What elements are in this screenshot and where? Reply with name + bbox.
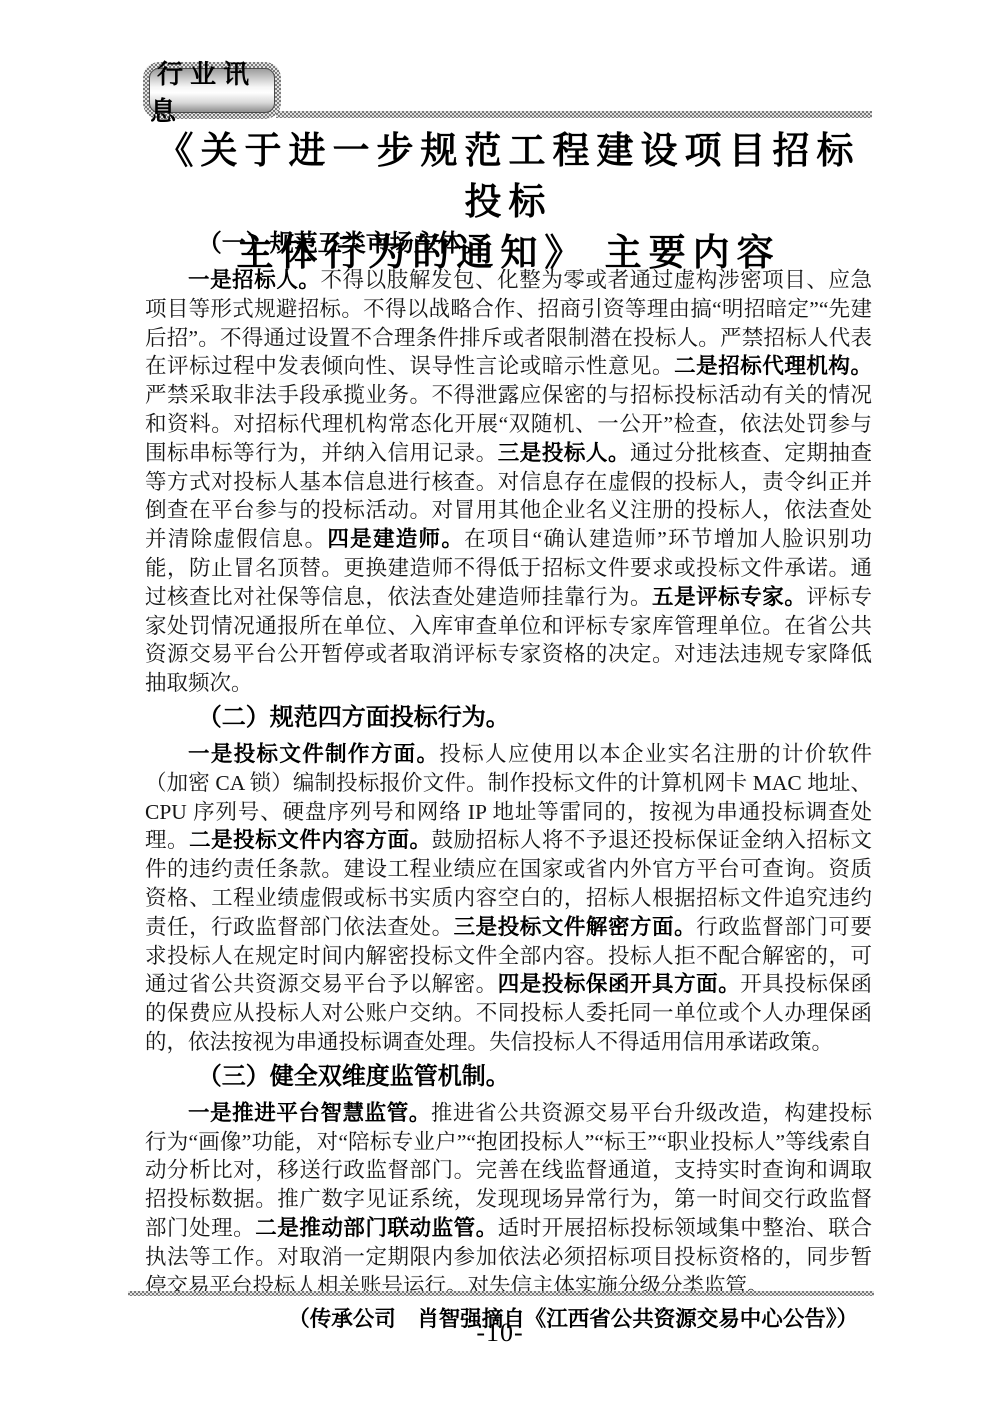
- page-number: -10-: [0, 1318, 1000, 1348]
- emphasis-run: 二是推动部门联动监管。: [255, 1216, 498, 1240]
- paragraph: 一是推进平台智慧监管。推进省公共资源交易平台升级改造，构建投标行为“画像”功能，…: [145, 1099, 872, 1301]
- emphasis-run: 一是招标人。: [188, 268, 321, 292]
- emphasis-run: 五是评标专家。: [652, 585, 806, 609]
- emphasis-run: 三是投标人。: [498, 441, 630, 465]
- paragraph: 一是投标文件制作方面。投标人应使用以本企业实名注册的计价软件（加密 CA 锁）编…: [145, 740, 872, 1057]
- news-badge-label: 行业讯息: [150, 54, 274, 128]
- title-line-1: 《关于进一步规范工程建设项目招标投标: [145, 126, 872, 228]
- footer-rule: [128, 1291, 874, 1296]
- section-heading: （一）规范五类市场主体。: [145, 227, 872, 261]
- news-badge: 行业讯息: [143, 62, 281, 119]
- sections: （一）规范五类市场主体。一是招标人。不得以肢解发包、化整为零或者通过虚构涉密项目…: [145, 224, 872, 1334]
- emphasis-run: 一是推进平台智慧监管。: [188, 1101, 431, 1125]
- header-rule: [276, 111, 872, 118]
- emphasis-run: 四是建造师。: [327, 527, 464, 551]
- section-heading: （三）健全双维度监管机制。: [145, 1060, 872, 1094]
- emphasis-run: 三是投标文件解密方面。: [454, 915, 697, 939]
- section-heading: （二）规范四方面投标行为。: [145, 701, 872, 735]
- news-badge-face: 行业讯息: [149, 68, 275, 113]
- emphasis-run: 二是招标代理机构。: [674, 354, 872, 378]
- emphasis-run: 四是投标保函开具方面。: [498, 972, 741, 996]
- emphasis-run: 一是投标文件制作方面。: [188, 742, 439, 766]
- emphasis-run: 二是投标文件内容方面。: [189, 828, 432, 852]
- paragraph: 一是招标人。不得以肢解发包、化整为零或者通过虚构涉密项目、应急项目等形式规避招标…: [145, 266, 872, 698]
